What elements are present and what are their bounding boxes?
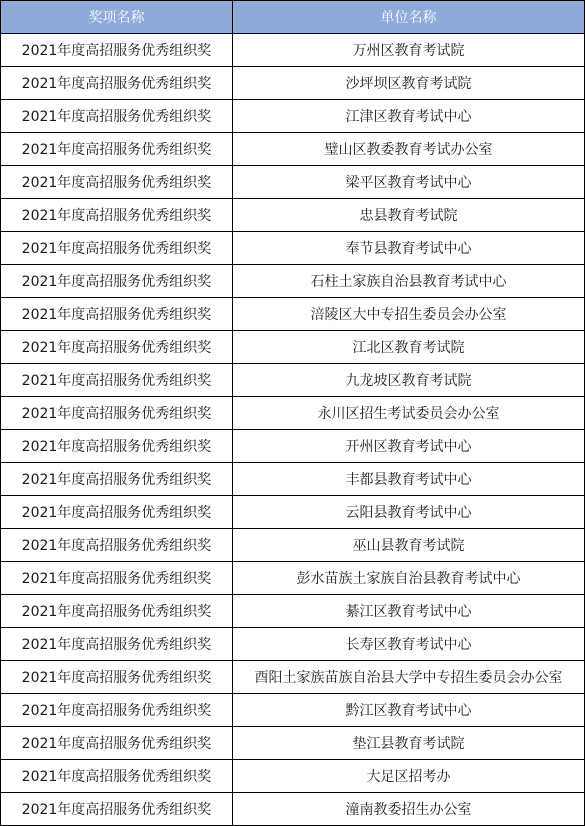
- header-unit-name: 单位名称: [233, 1, 585, 34]
- table-row: 2021年度高招服务优秀组织奖彭水苗族土家族自治县教育考试中心: [1, 562, 585, 595]
- award-name-cell: 2021年度高招服务优秀组织奖: [1, 397, 233, 430]
- table-row: 2021年度高招服务优秀组织奖梁平区教育考试中心: [1, 166, 585, 199]
- table-row: 2021年度高招服务优秀组织奖涪陵区大中专招生委员会办公室: [1, 298, 585, 331]
- table-row: 2021年度高招服务优秀组织奖江津区教育考试中心: [1, 100, 585, 133]
- award-name-cell: 2021年度高招服务优秀组织奖: [1, 133, 233, 166]
- table-row: 2021年度高招服务优秀组织奖大足区招考办: [1, 760, 585, 793]
- award-name-cell: 2021年度高招服务优秀组织奖: [1, 529, 233, 562]
- unit-name-cell: 黔江区教育考试中心: [233, 694, 585, 727]
- award-name-cell: 2021年度高招服务优秀组织奖: [1, 298, 233, 331]
- unit-name-cell: 巫山县教育考试院: [233, 529, 585, 562]
- table-row: 2021年度高招服务优秀组织奖云阳县教育考试中心: [1, 496, 585, 529]
- unit-name-cell: 江北区教育考试院: [233, 331, 585, 364]
- unit-name-cell: 长寿区教育考试中心: [233, 628, 585, 661]
- award-name-cell: 2021年度高招服务优秀组织奖: [1, 232, 233, 265]
- table-row: 2021年度高招服务优秀组织奖长寿区教育考试中心: [1, 628, 585, 661]
- table-header-row: 奖项名称 单位名称: [1, 1, 585, 34]
- table-row: 2021年度高招服务优秀组织奖奉节县教育考试中心: [1, 232, 585, 265]
- unit-name-cell: 丰都县教育考试中心: [233, 463, 585, 496]
- table-row: 2021年度高招服务优秀组织奖璧山区教委教育考试办公室: [1, 133, 585, 166]
- unit-name-cell: 潼南教委招生办公室: [233, 793, 585, 826]
- unit-name-cell: 彭水苗族土家族自治县教育考试中心: [233, 562, 585, 595]
- table-row: 2021年度高招服务优秀组织奖潼南教委招生办公室: [1, 793, 585, 826]
- unit-name-cell: 云阳县教育考试中心: [233, 496, 585, 529]
- unit-name-cell: 酉阳土家族苗族自治县大学中专招生委员会办公室: [233, 661, 585, 694]
- award-name-cell: 2021年度高招服务优秀组织奖: [1, 34, 233, 67]
- award-name-cell: 2021年度高招服务优秀组织奖: [1, 496, 233, 529]
- award-name-cell: 2021年度高招服务优秀组织奖: [1, 760, 233, 793]
- unit-name-cell: 垫江县教育考试院: [233, 727, 585, 760]
- award-name-cell: 2021年度高招服务优秀组织奖: [1, 793, 233, 826]
- table-row: 2021年度高招服务优秀组织奖垫江县教育考试院: [1, 727, 585, 760]
- award-name-cell: 2021年度高招服务优秀组织奖: [1, 100, 233, 133]
- table-row: 2021年度高招服务优秀组织奖丰都县教育考试中心: [1, 463, 585, 496]
- award-name-cell: 2021年度高招服务优秀组织奖: [1, 67, 233, 100]
- table-row: 2021年度高招服务优秀组织奖黔江区教育考试中心: [1, 694, 585, 727]
- header-award-name: 奖项名称: [1, 1, 233, 34]
- unit-name-cell: 大足区招考办: [233, 760, 585, 793]
- unit-name-cell: 沙坪坝区教育考试院: [233, 67, 585, 100]
- award-name-cell: 2021年度高招服务优秀组织奖: [1, 331, 233, 364]
- unit-name-cell: 万州区教育考试院: [233, 34, 585, 67]
- award-name-cell: 2021年度高招服务优秀组织奖: [1, 463, 233, 496]
- unit-name-cell: 忠县教育考试院: [233, 199, 585, 232]
- table-row: 2021年度高招服务优秀组织奖石柱土家族自治县教育考试中心: [1, 265, 585, 298]
- unit-name-cell: 九龙坡区教育考试院: [233, 364, 585, 397]
- table-row: 2021年度高招服务优秀组织奖江北区教育考试院: [1, 331, 585, 364]
- table-row: 2021年度高招服务优秀组织奖巫山县教育考试院: [1, 529, 585, 562]
- award-name-cell: 2021年度高招服务优秀组织奖: [1, 166, 233, 199]
- table-row: 2021年度高招服务优秀组织奖永川区招生考试委员会办公室: [1, 397, 585, 430]
- award-name-cell: 2021年度高招服务优秀组织奖: [1, 265, 233, 298]
- award-name-cell: 2021年度高招服务优秀组织奖: [1, 727, 233, 760]
- award-name-cell: 2021年度高招服务优秀组织奖: [1, 430, 233, 463]
- table-row: 2021年度高招服务优秀组织奖开州区教育考试中心: [1, 430, 585, 463]
- award-name-cell: 2021年度高招服务优秀组织奖: [1, 661, 233, 694]
- unit-name-cell: 璧山区教委教育考试办公室: [233, 133, 585, 166]
- table-row: 2021年度高招服务优秀组织奖綦江区教育考试中心: [1, 595, 585, 628]
- award-name-cell: 2021年度高招服务优秀组织奖: [1, 199, 233, 232]
- unit-name-cell: 綦江区教育考试中心: [233, 595, 585, 628]
- unit-name-cell: 梁平区教育考试中心: [233, 166, 585, 199]
- award-name-cell: 2021年度高招服务优秀组织奖: [1, 595, 233, 628]
- table-row: 2021年度高招服务优秀组织奖九龙坡区教育考试院: [1, 364, 585, 397]
- award-name-cell: 2021年度高招服务优秀组织奖: [1, 628, 233, 661]
- unit-name-cell: 涪陵区大中专招生委员会办公室: [233, 298, 585, 331]
- unit-name-cell: 开州区教育考试中心: [233, 430, 585, 463]
- table-row: 2021年度高招服务优秀组织奖酉阳土家族苗族自治县大学中专招生委员会办公室: [1, 661, 585, 694]
- award-name-cell: 2021年度高招服务优秀组织奖: [1, 694, 233, 727]
- unit-name-cell: 永川区招生考试委员会办公室: [233, 397, 585, 430]
- table-row: 2021年度高招服务优秀组织奖万州区教育考试院: [1, 34, 585, 67]
- table-row: 2021年度高招服务优秀组织奖沙坪坝区教育考试院: [1, 67, 585, 100]
- table-body: 2021年度高招服务优秀组织奖万州区教育考试院2021年度高招服务优秀组织奖沙坪…: [1, 34, 585, 826]
- awards-table: 奖项名称 单位名称 2021年度高招服务优秀组织奖万州区教育考试院2021年度高…: [0, 0, 585, 826]
- unit-name-cell: 江津区教育考试中心: [233, 100, 585, 133]
- award-name-cell: 2021年度高招服务优秀组织奖: [1, 364, 233, 397]
- table-row: 2021年度高招服务优秀组织奖忠县教育考试院: [1, 199, 585, 232]
- award-name-cell: 2021年度高招服务优秀组织奖: [1, 562, 233, 595]
- unit-name-cell: 奉节县教育考试中心: [233, 232, 585, 265]
- unit-name-cell: 石柱土家族自治县教育考试中心: [233, 265, 585, 298]
